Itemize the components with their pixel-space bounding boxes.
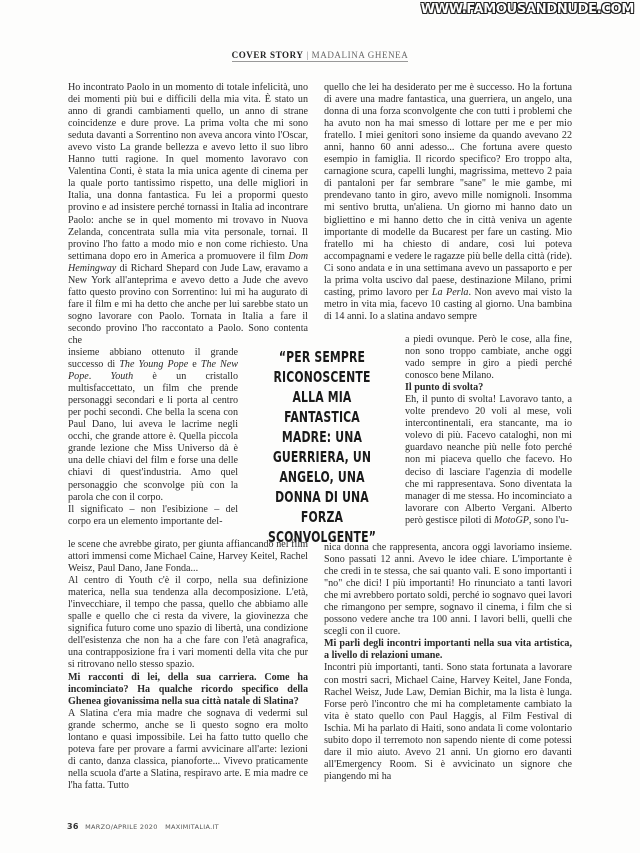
paragraph: nica donna che rappresenta, ancora oggi … — [324, 542, 572, 638]
interview-question: Il punto di svolta? — [405, 382, 572, 394]
watermark: WWW.FAMOUSANDNUDE.COM — [421, 2, 634, 17]
site-name: MAXIMITALIA.IT — [165, 823, 219, 831]
paragraph: le scene che avrebbe girato, per giunta … — [68, 539, 308, 575]
right-column-top: quello che lei ha desiderato per me è su… — [324, 82, 572, 323]
pull-quote: “PER SEMPRE RICONOSCENTE ALLA MIA FANTAS… — [260, 347, 385, 547]
right-column-narrow: a piedi ovunque. Però le cose, alla fine… — [405, 334, 572, 527]
section-header: COVER STORY | MADALINA GHENEA — [0, 45, 640, 63]
article-subject: MADALINA GHENEA — [312, 50, 409, 60]
interview-question: Mi racconti di lei, della sua carriera. … — [68, 672, 308, 708]
paragraph: quello che lei ha desiderato per me è su… — [324, 82, 572, 323]
header-separator: | — [306, 50, 308, 60]
right-column-bottom: nica donna che rappresenta, ancora oggi … — [324, 542, 572, 783]
page-number: 36 — [67, 822, 79, 831]
section-label: COVER STORY — [232, 50, 304, 60]
paragraph: insieme abbiano ottenuto il grande succe… — [68, 347, 238, 504]
paragraph: Eh, il punto di svolta! Lavoravo tanto, … — [405, 394, 572, 527]
paragraph: Incontri più importanti, tanti. Sono sta… — [324, 662, 572, 782]
paragraph: Ho incontrato Paolo in un momento di tot… — [68, 82, 308, 347]
paragraph: Al centro di Youth c'è il corpo, nella s… — [68, 575, 308, 671]
left-column-narrow: insieme abbiano ottenuto il grande succe… — [68, 347, 238, 528]
paragraph: Il significato – non l'esibizione – del … — [68, 504, 238, 528]
left-column-bottom: le scene che avrebbe girato, per giunta … — [68, 539, 308, 792]
issue-date: MARZO/APRILE 2020 — [85, 823, 158, 831]
left-column-top: Ho incontrato Paolo in un momento di tot… — [68, 82, 308, 347]
paragraph: a piedi ovunque. Però le cose, alla fine… — [405, 334, 572, 382]
interview-question: Mi parli degli incontri importanti nella… — [324, 638, 572, 662]
paragraph: A Slatina c'era mia madre che sognava di… — [68, 708, 308, 792]
page-footer: 36 MARZO/APRILE 2020 MAXIMITALIA.IT — [67, 822, 219, 831]
